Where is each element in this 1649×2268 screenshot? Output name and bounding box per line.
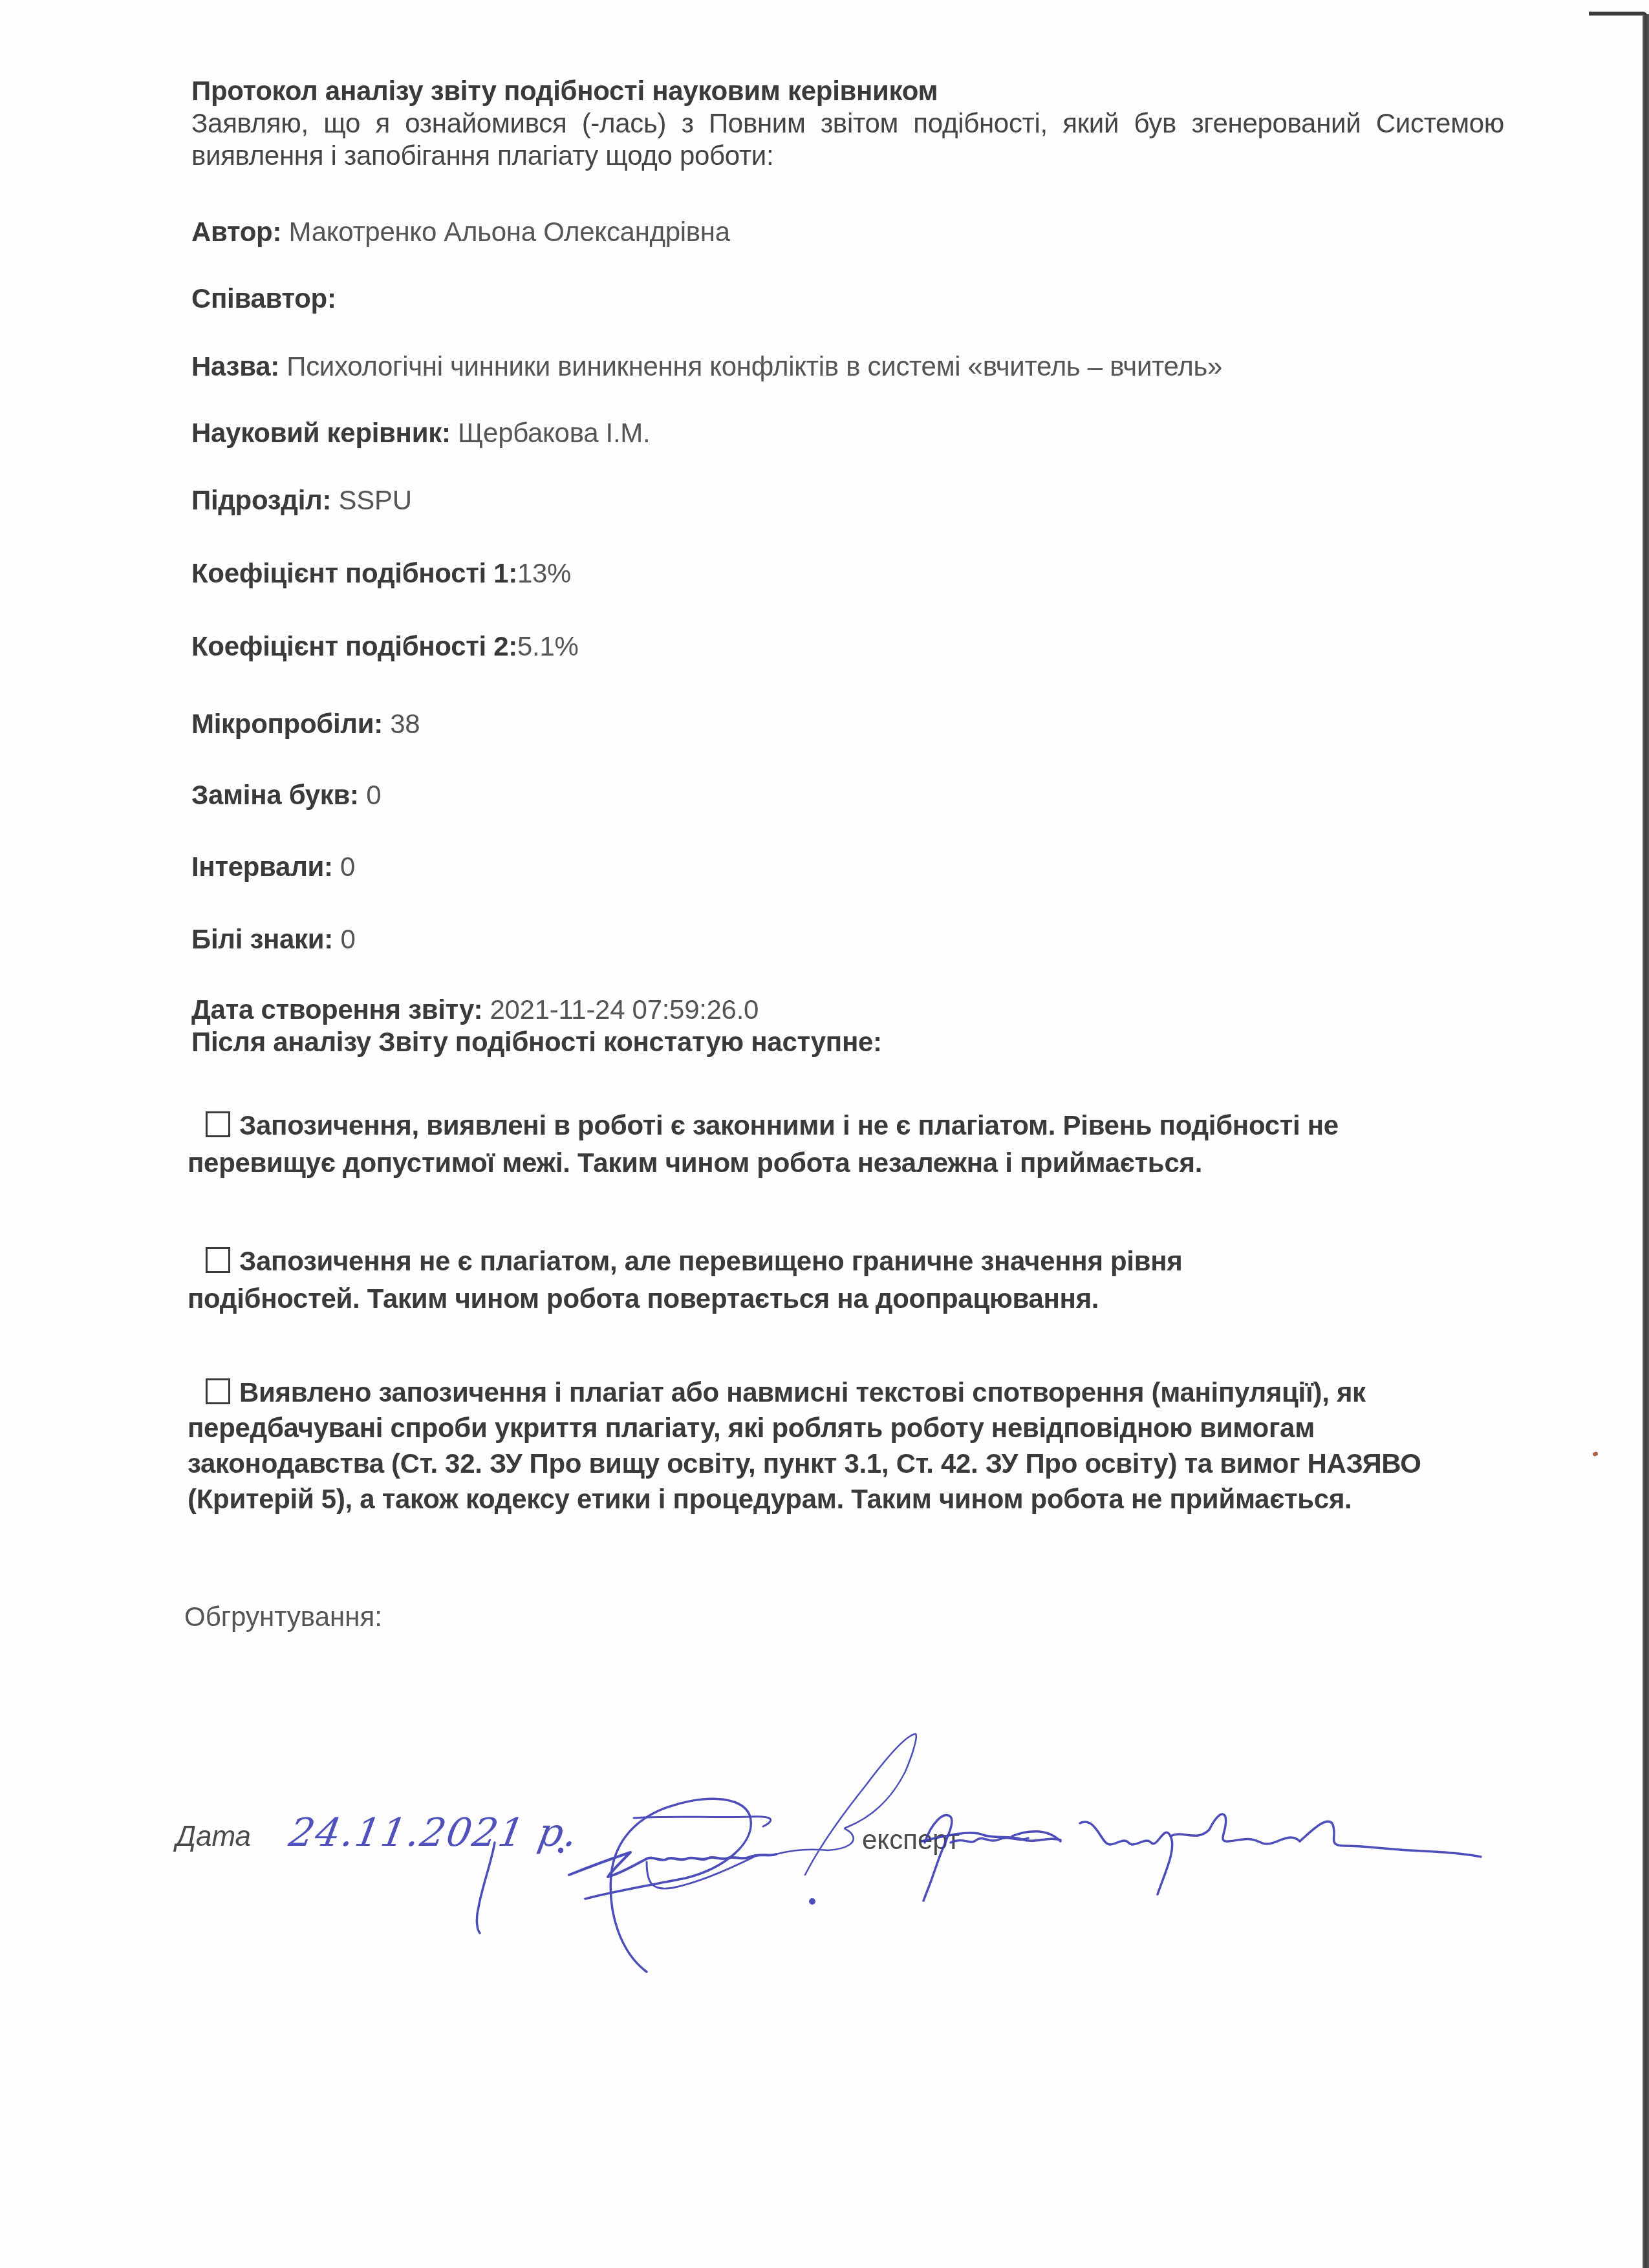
field-report-date: Дата створення звіту: 2021-11-24 07:59:2… xyxy=(191,994,759,1026)
scan-speck xyxy=(1592,1451,1599,1457)
field-label: Заміна букв: xyxy=(191,780,359,810)
field-microspaces: Мікропробіли: 38 xyxy=(191,708,420,740)
field-label: Інтервали: xyxy=(191,851,333,882)
option-text: Запозичення не є плагіатом, але перевище… xyxy=(188,1246,1183,1314)
conclusion-title: Після аналізу Звіту подібності констатую… xyxy=(191,1026,882,1058)
field-supervisor: Науковий керівник: Щербакова І.М. xyxy=(191,417,650,449)
field-value: Щербакова І.М. xyxy=(458,418,650,448)
field-label: Коефіцієнт подібності 2: xyxy=(191,631,517,661)
field-value: 5.1% xyxy=(517,631,579,661)
field-label: Мікропробіли: xyxy=(191,709,383,739)
field-value: 0 xyxy=(340,851,355,882)
document-heading: Протокол аналізу звіту подібності науков… xyxy=(191,75,938,107)
field-value: Макотренко Альона Олександрівна xyxy=(288,217,729,247)
field-label: Назва: xyxy=(191,351,279,381)
field-author: Автор: Макотренко Альона Олександрівна xyxy=(191,216,730,248)
option-revision: Запозичення не є плагіатом, але перевище… xyxy=(188,1243,1300,1318)
field-value: 2021-11-24 07:59:26.0 xyxy=(490,994,759,1025)
checkbox-revision[interactable] xyxy=(206,1247,230,1273)
field-label: Науковий керівник: xyxy=(191,418,451,448)
handwritten-date: 24.11.2021 р. xyxy=(286,1810,582,1856)
field-label: Білі знаки: xyxy=(191,924,333,954)
field-white-characters: Білі знаки: 0 xyxy=(191,923,355,956)
field-similarity-1: Коефіцієнт подібності 1:13% xyxy=(191,557,571,590)
field-letter-replacement: Заміна букв: 0 xyxy=(191,779,381,811)
field-value: 38 xyxy=(390,709,420,739)
option-accepted: Запозичення, виявлені в роботі є законни… xyxy=(188,1107,1403,1182)
scanned-page: Протокол аналізу звіту подібності науков… xyxy=(0,0,1649,2268)
field-intervals: Інтервали: 0 xyxy=(191,851,355,883)
scanner-edge-top xyxy=(1589,12,1647,16)
field-title: Назва: Психологічні чинники виникнення к… xyxy=(191,350,1222,383)
field-label: Підрозділ: xyxy=(191,485,331,515)
field-label: Співавтор: xyxy=(191,283,336,314)
scanner-edge-right xyxy=(1643,14,1649,2268)
field-similarity-2: Коефіцієнт подібності 2:5.1% xyxy=(191,630,579,663)
field-value: 0 xyxy=(366,780,381,810)
intro-paragraph: Заявляю, що я ознайомився (-лась) з Повн… xyxy=(191,107,1504,172)
checkbox-rejected[interactable] xyxy=(206,1378,230,1404)
field-value: SSPU xyxy=(339,485,412,515)
date-ink-icon xyxy=(477,1843,562,1933)
date-label: Дата xyxy=(176,1821,251,1853)
field-label: Автор: xyxy=(191,217,281,247)
option-rejected: Виявлено запозичення і плагіат або навми… xyxy=(188,1375,1487,1517)
field-department: Підрозділ: SSPU xyxy=(191,484,412,517)
field-label: Коефіцієнт подібності 1: xyxy=(191,558,517,588)
field-value: 13% xyxy=(517,558,571,588)
option-text: Виявлено запозичення і плагіат або навми… xyxy=(188,1377,1421,1514)
field-label: Дата створення звіту: xyxy=(191,994,482,1025)
option-text: Запозичення, виявлені в роботі є законни… xyxy=(188,1110,1339,1178)
justification-label: Обгрунтування: xyxy=(184,1601,382,1633)
field-value: Психологічні чинники виникнення конфлікт… xyxy=(286,351,1222,381)
field-coauthor: Співавтор: xyxy=(191,283,336,315)
field-value: 0 xyxy=(340,924,355,954)
checkbox-accepted[interactable] xyxy=(206,1111,230,1137)
